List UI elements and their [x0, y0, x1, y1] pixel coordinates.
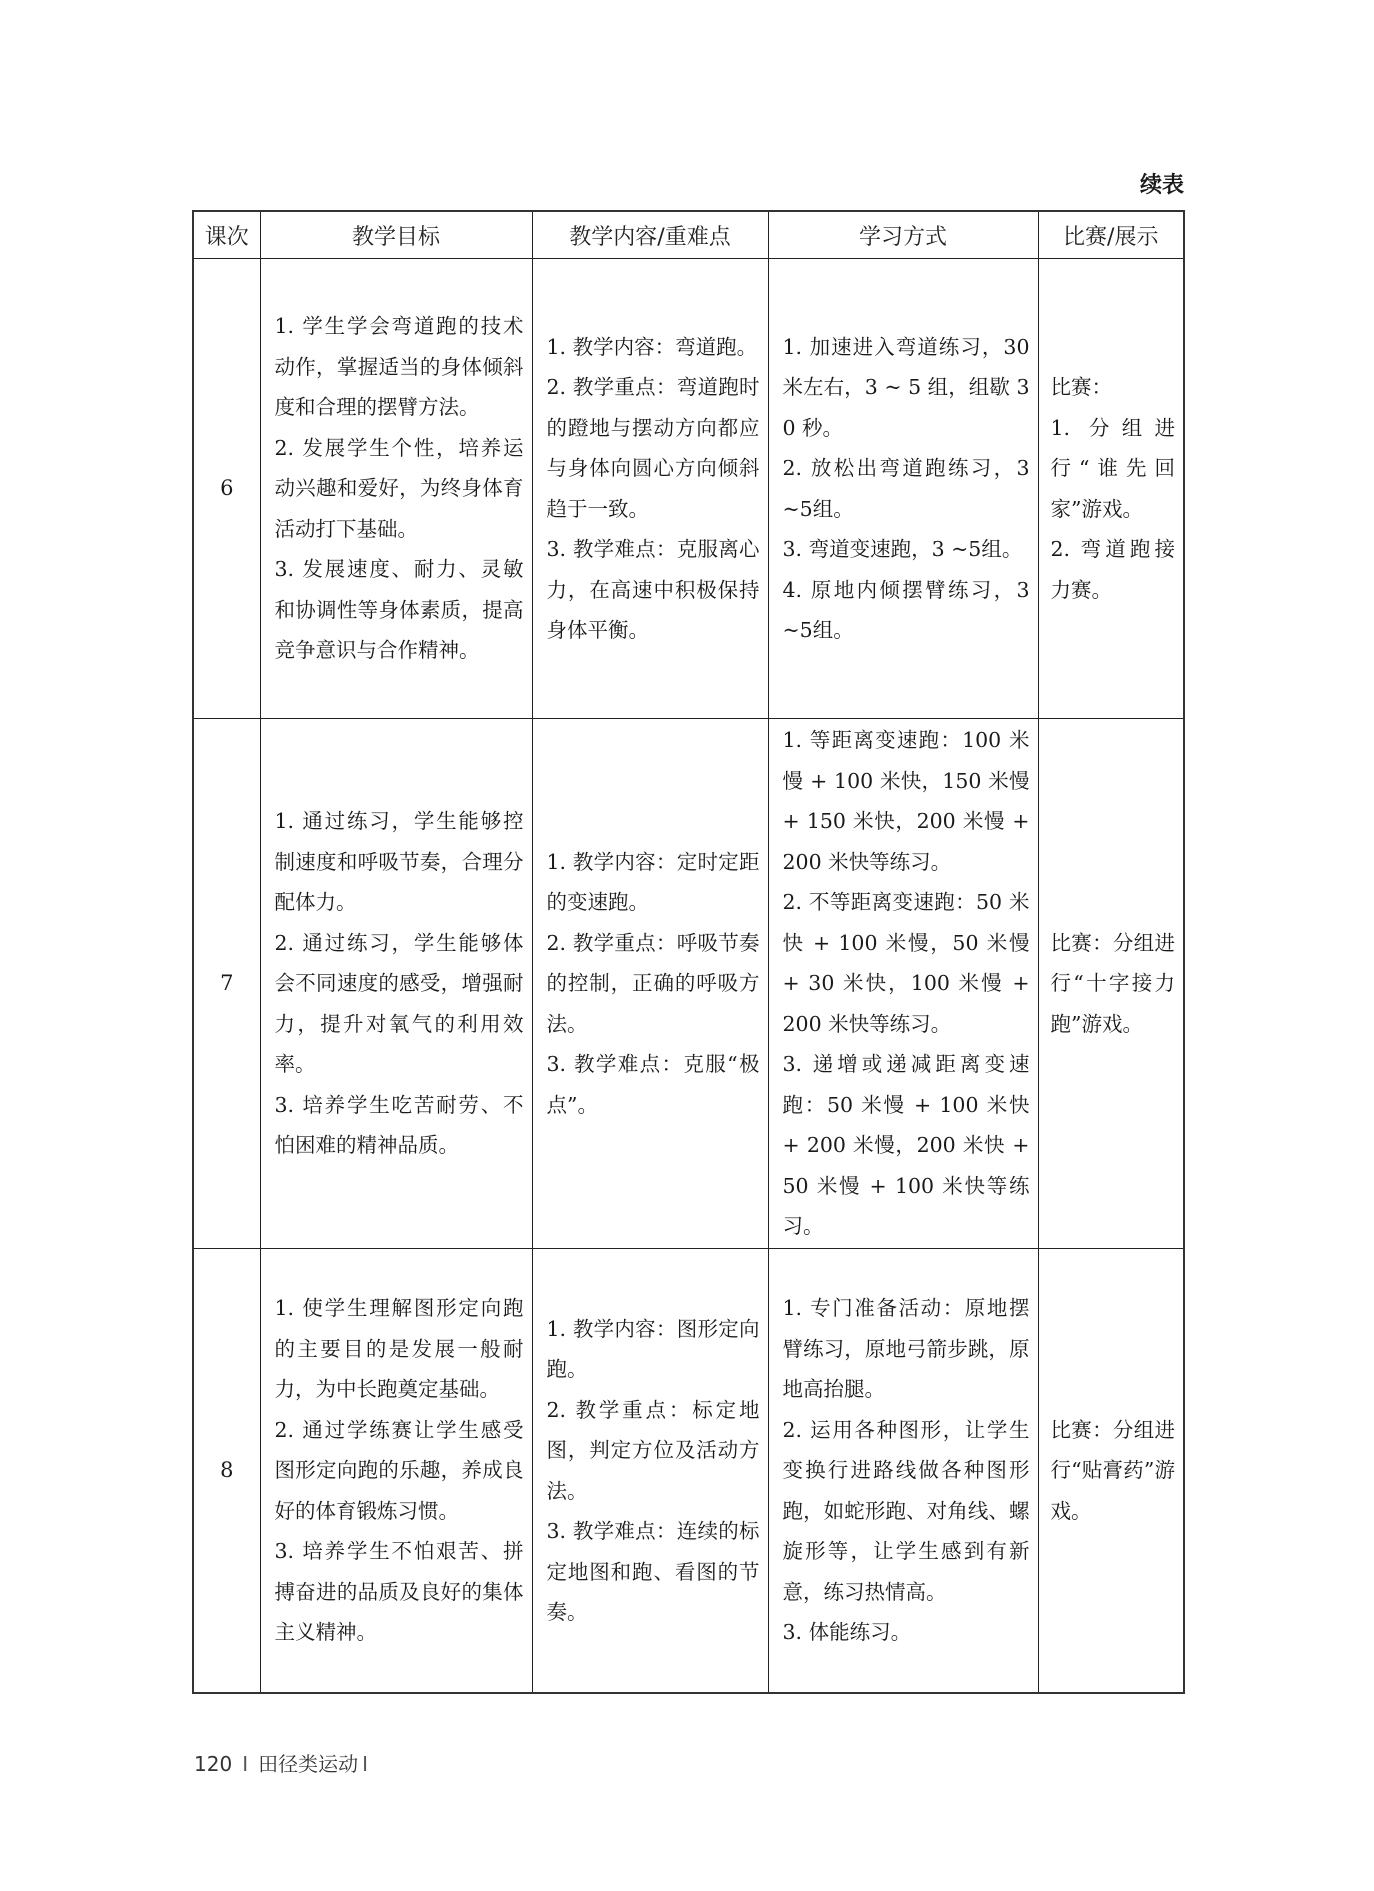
competition-cell: 比赛： 1. 分组进行“谁先回家”游戏。 2. 弯道跑接力赛。 [1038, 259, 1184, 719]
methods-cell: 1. 专门准备活动：原地摆臂练习，原地弓箭步跳，原地高抬腿。 2. 运用各种图形… [768, 1249, 1038, 1694]
method-item: 3. 体能练习。 [783, 1612, 1030, 1653]
content-cell: 1. 教学内容：定时定距的变速跑。 2. 教学重点：呼吸节奏的控制，正确的呼吸方… [532, 719, 768, 1249]
competition-item: 比赛：分组进行“贴膏药”游戏。 [1051, 1410, 1176, 1532]
goal-item: 3. 发展速度、耐力、灵敏和协调性等身体素质，提高竞争意识与合作精神。 [275, 549, 524, 671]
competition-item: 1. 分组进行“谁先回家”游戏。 [1051, 408, 1176, 530]
method-item: 1. 加速进入弯道练习，30 米左右，3 ~ 5 组，组歇 30 秒。 [783, 327, 1030, 449]
continued-table-label: 续表 [1130, 168, 1184, 199]
competition-cell: 比赛：分组进行“十字接力跑”游戏。 [1038, 719, 1184, 1249]
content-item: 3. 教学难点：克服离心力，在高速中积极保持身体平衡。 [547, 529, 760, 651]
competition-item: 比赛：分组进行“十字接力跑”游戏。 [1051, 923, 1176, 1045]
method-item: 2. 不等距离变速跑：50 米快 + 100 米慢，50 米慢 + 30 米快，… [783, 882, 1030, 1044]
method-item: 2. 放松出弯道跑练习，3 ~5组。 [783, 448, 1030, 529]
goal-item: 1. 通过练习，学生能够控制速度和呼吸节奏，合理分配体力。 [275, 801, 524, 923]
methods-cell: 1. 加速进入弯道练习，30 米左右，3 ~ 5 组，组歇 30 秒。 2. 放… [768, 259, 1038, 719]
method-item: 1. 等距离变速跑：100 米慢 + 100 米快，150 米慢 + 150 米… [783, 720, 1030, 882]
header-content: 教学内容/重难点 [532, 211, 768, 259]
competition-cell: 比赛：分组进行“贴膏药”游戏。 [1038, 1249, 1184, 1694]
goal-item: 3. 培养学生不怕艰苦、拼搏奋进的品质及良好的集体主义精神。 [275, 1531, 524, 1653]
method-item: 3. 弯道变速跑，3 ~5组。 [783, 529, 1030, 570]
content-cell: 1. 教学内容：弯道跑。 2. 教学重点：弯道跑时的蹬地与摆动方向都应与身体向圆… [532, 259, 768, 719]
table-row: 6 1. 学生学会弯道跑的技术动作，掌握适当的身体倾斜度和合理的摆臂方法。 2.… [193, 259, 1184, 719]
method-item: 3. 递增或递减距离变速跑：50 米慢 + 100 米快 + 200 米慢，20… [783, 1044, 1030, 1247]
lesson-number: 6 [193, 259, 260, 719]
header-goals: 教学目标 [260, 211, 532, 259]
header-lesson: 课次 [193, 211, 260, 259]
section-title: 田径类运动 [258, 1752, 358, 1776]
goals-cell: 1. 使学生理解图形定向跑的主要目的是发展一般耐力，为中长跑奠定基础。 2. 通… [260, 1249, 532, 1694]
goal-item: 3. 培养学生吃苦耐劳、不怕困难的精神品质。 [275, 1085, 524, 1166]
content-item: 1. 教学内容：图形定向跑。 [547, 1309, 760, 1390]
goals-cell: 1. 学生学会弯道跑的技术动作，掌握适当的身体倾斜度和合理的摆臂方法。 2. 发… [260, 259, 532, 719]
goal-item: 1. 学生学会弯道跑的技术动作，掌握适当的身体倾斜度和合理的摆臂方法。 [275, 306, 524, 428]
lesson-number: 7 [193, 719, 260, 1249]
content-item: 2. 教学重点：呼吸节奏的控制，正确的呼吸方法。 [547, 923, 760, 1045]
content-item: 1. 教学内容：定时定距的变速跑。 [547, 842, 760, 923]
content-item: 1. 教学内容：弯道跑。 [547, 327, 760, 368]
content-item: 3. 教学难点：连续的标定地图和跑、看图的节奏。 [547, 1511, 760, 1633]
competition-item: 2. 弯道跑接力赛。 [1051, 529, 1176, 610]
method-item: 4. 原地内倾摆臂练习，3 ~5组。 [783, 570, 1030, 651]
lesson-number: 8 [193, 1249, 260, 1694]
content-item: 2. 教学重点：弯道跑时的蹬地与摆动方向都应与身体向圆心方向倾斜趋于一致。 [547, 367, 760, 529]
goal-item: 2. 通过学练赛让学生感受图形定向跑的乐趣，养成良好的体育锻炼习惯。 [275, 1410, 524, 1532]
methods-cell: 1. 等距离变速跑：100 米慢 + 100 米快，150 米慢 + 150 米… [768, 719, 1038, 1249]
page-number: 120 [194, 1752, 232, 1776]
content-item: 2. 教学重点：标定地图，判定方位及活动方法。 [547, 1390, 760, 1512]
lesson-plan-table: 课次 教学目标 教学内容/重难点 学习方式 比赛/展示 6 1. 学生学会弯道跑… [192, 210, 1185, 1694]
goals-cell: 1. 通过练习，学生能够控制速度和呼吸节奏，合理分配体力。 2. 通过练习，学生… [260, 719, 532, 1249]
competition-item: 比赛： [1051, 367, 1176, 408]
method-item: 2. 运用各种图形，让学生变换行进路线做各种图形跑，如蛇形跑、对角线、螺旋形等，… [783, 1410, 1030, 1613]
table-row: 7 1. 通过练习，学生能够控制速度和呼吸节奏，合理分配体力。 2. 通过练习，… [193, 719, 1184, 1249]
footer-separator-trailing: I [362, 1752, 368, 1776]
goal-item: 1. 使学生理解图形定向跑的主要目的是发展一般耐力，为中长跑奠定基础。 [275, 1288, 524, 1410]
content-item: 3. 教学难点：克服“极点”。 [547, 1044, 760, 1125]
goal-item: 2. 通过练习，学生能够体会不同速度的感受，增强耐力，提升对氧气的利用效率。 [275, 923, 524, 1085]
goal-item: 2. 发展学生个性，培养运动兴趣和爱好，为终身体育活动打下基础。 [275, 428, 524, 550]
table-header-row: 课次 教学目标 教学内容/重难点 学习方式 比赛/展示 [193, 211, 1184, 259]
table-row: 8 1. 使学生理解图形定向跑的主要目的是发展一般耐力，为中长跑奠定基础。 2.… [193, 1249, 1184, 1694]
content-cell: 1. 教学内容：图形定向跑。 2. 教学重点：标定地图，判定方位及活动方法。 3… [532, 1249, 768, 1694]
method-item: 1. 专门准备活动：原地摆臂练习，原地弓箭步跳，原地高抬腿。 [783, 1288, 1030, 1410]
page-footer: 120I田径类运动I [194, 1748, 368, 1777]
footer-separator: I [242, 1752, 248, 1776]
header-competition: 比赛/展示 [1038, 211, 1184, 259]
header-methods: 学习方式 [768, 211, 1038, 259]
